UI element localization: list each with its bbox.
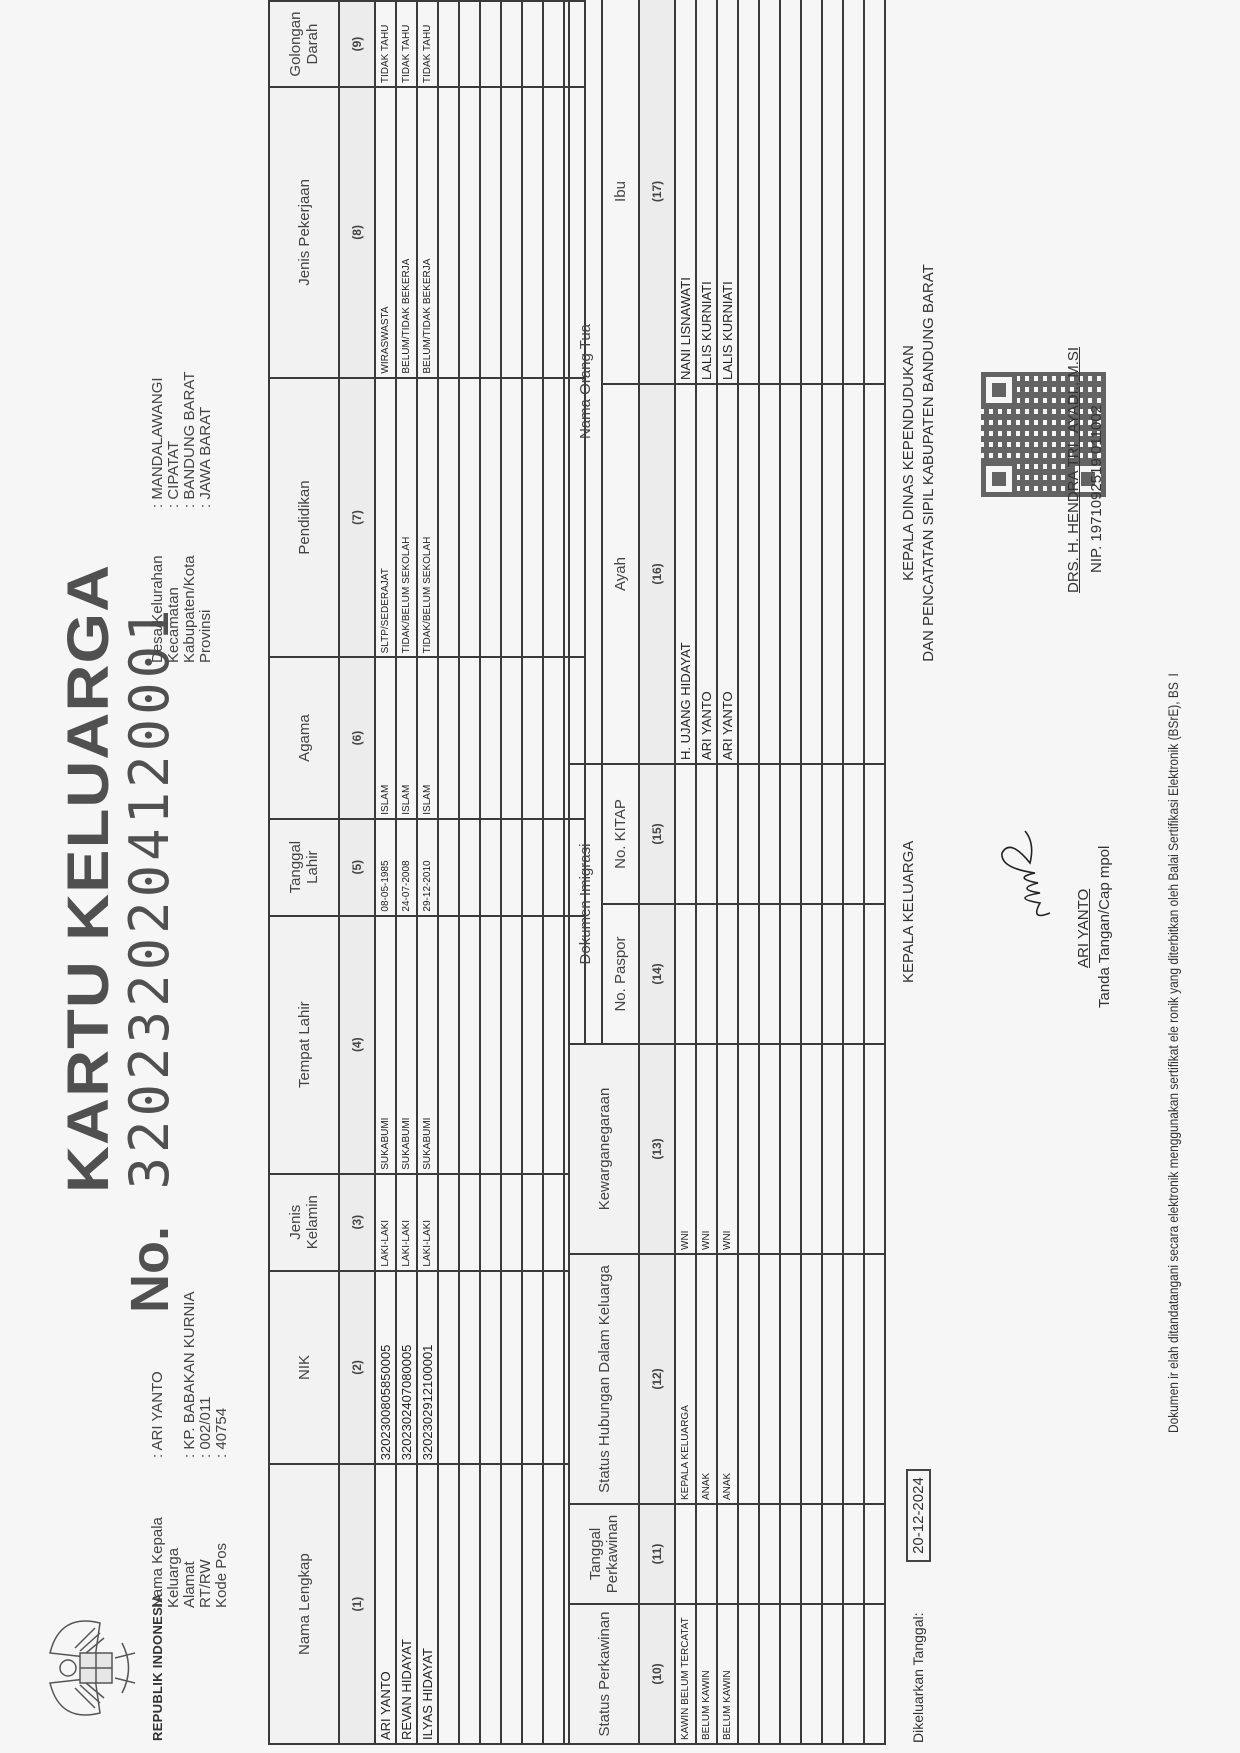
info-label: Kabupaten/Kota (182, 508, 198, 663)
table-cell (801, 1604, 822, 1744)
table-cell (480, 1464, 501, 1744)
column-number: (6) (339, 657, 375, 818)
column-number: (14) (639, 904, 675, 1044)
table-cell (864, 1254, 885, 1504)
table-cell (843, 384, 864, 764)
table-cell (480, 1, 501, 87)
table-cell (480, 1174, 501, 1271)
table-cell (459, 657, 480, 818)
table-cell: KEPALA KELUARGA (675, 1254, 696, 1504)
table-cell (522, 1464, 543, 1744)
table-cell (501, 1464, 522, 1744)
table-cell (780, 764, 801, 904)
table-cell (759, 0, 780, 384)
table-cell: ARI YANTO (696, 384, 717, 764)
column-header: Agama (269, 657, 339, 818)
column-number: (1) (339, 1464, 375, 1744)
table-cell (801, 904, 822, 1044)
column-number: (11) (639, 1504, 675, 1604)
info-value: : JAWA BARAT (198, 407, 214, 508)
country-label: REPUBLIK INDONESIA (150, 1593, 165, 1741)
table-cell (438, 1464, 459, 1744)
info-value: : KP. BABAKAN KURNIA (182, 1292, 198, 1458)
table-cell: ARI YANTO (717, 384, 738, 764)
table-cell (501, 378, 522, 658)
column-header: NIK (269, 1271, 339, 1465)
table-cell (738, 0, 759, 384)
table-cell (822, 1504, 843, 1604)
table-cell (438, 1174, 459, 1271)
table-cell (864, 764, 885, 904)
column-header: Tempat Lahir (269, 916, 339, 1174)
table-cell (543, 1464, 564, 1744)
header-dokumen-imigrasi: Dokumen Imigrasi (569, 764, 602, 1044)
table-cell: LAKI-LAKI (375, 1174, 396, 1271)
table-cell (864, 1504, 885, 1604)
electronic-signature-disclaimer: Dokumen ir elah ditandatangani secara el… (1165, 673, 1181, 1433)
table-row: BELUM KAWINANAKWNIARI YANTOLALIS KURNIAT… (696, 0, 717, 1744)
empty-table-row (480, 1, 501, 1744)
column-header: Nama Lengkap (269, 1464, 339, 1744)
table-cell (543, 1271, 564, 1465)
column-number: (16) (639, 384, 675, 764)
signature-head-icon (990, 823, 1060, 923)
table-cell (717, 1504, 738, 1604)
empty-table-row (459, 1, 480, 1744)
table-cell (438, 916, 459, 1174)
table-cell (675, 904, 696, 1044)
head-caption: Tanda Tangan/Cap mpol (1096, 846, 1113, 1008)
table-cell: NANI LISNAWATI (675, 0, 696, 384)
empty-table-row (801, 0, 822, 1744)
column-header: Golongan Darah (269, 1, 339, 87)
table-cell (822, 1254, 843, 1504)
table-cell (501, 1, 522, 87)
table-cell: TIDAK TAHU (375, 1, 396, 87)
kartu-keluarga-page: REPUBLIK INDONESIA KARTU KELUARGA No. 32… (0, 0, 1240, 1753)
empty-table-row (501, 1, 522, 1744)
table-cell: 08-05-1985 (375, 819, 396, 916)
column-number: (5) (339, 819, 375, 916)
table-cell (780, 384, 801, 764)
table-cell (501, 819, 522, 916)
table-cell (522, 657, 543, 818)
empty-table-row (759, 0, 780, 1744)
info-label: RT/RW (198, 1458, 214, 1608)
table-cell (543, 1, 564, 87)
table-cell (717, 764, 738, 904)
table-cell (843, 0, 864, 384)
table-cell (501, 916, 522, 1174)
table-cell (543, 657, 564, 818)
table-cell: SLTP/SEDERAJAT (375, 378, 396, 658)
table-cell (822, 0, 843, 384)
head-name: ARI YANTO (1075, 889, 1092, 968)
table-cell (780, 904, 801, 1044)
table-cell (717, 904, 738, 1044)
column-header: Pendidikan (269, 378, 339, 658)
table-cell (864, 0, 885, 384)
table-cell (501, 1271, 522, 1465)
table-cell: ISLAM (417, 657, 438, 818)
table-row: REVAN HIDAYAT3202302407080005LAKI-LAKISU… (396, 1, 417, 1744)
table-cell: WIRASWASTA (375, 87, 396, 378)
table-row: ARI YANTO3202300805850005LAKI-LAKISUKABU… (375, 1, 396, 1744)
table-cell (843, 764, 864, 904)
table-cell (522, 916, 543, 1174)
family-members-table: Nama LengkapNIKJenis KelaminTempat Lahir… (268, 0, 586, 1745)
table-cell (780, 1254, 801, 1504)
table-cell (480, 819, 501, 916)
table-cell (543, 819, 564, 916)
empty-table-row (738, 0, 759, 1744)
table-cell: ARI YANTO (375, 1464, 396, 1744)
table-cell: ANAK (717, 1254, 738, 1504)
table-cell (759, 904, 780, 1044)
table-cell (480, 87, 501, 378)
qr-finder-icon (981, 372, 1017, 408)
header-status-perkawinan: Status Perkawinan (569, 1604, 639, 1744)
header-kewarganegaraan: Kewarganegaraan (569, 1044, 639, 1254)
info-value: : 002/011 (198, 1397, 214, 1458)
table-cell (480, 1271, 501, 1465)
column-header: Jenis Pekerjaan (269, 87, 339, 378)
table-cell (459, 1, 480, 87)
table-cell (780, 1504, 801, 1604)
empty-table-row (438, 1, 459, 1744)
table-cell: BELUM KAWIN (696, 1604, 717, 1744)
column-number: (3) (339, 1174, 375, 1271)
info-label: Desa/Kelurahan (150, 508, 166, 663)
table-cell (780, 1604, 801, 1744)
table-cell: 29-12-2010 (417, 819, 438, 916)
table-cell (459, 916, 480, 1174)
table-cell (801, 1504, 822, 1604)
info-label: Provinsi (198, 508, 214, 663)
table-cell (864, 1604, 885, 1744)
table-cell (843, 1044, 864, 1254)
table-cell: SUKABUMI (396, 916, 417, 1174)
table-cell (759, 384, 780, 764)
table-cell (801, 384, 822, 764)
column-number: (15) (639, 764, 675, 904)
table-cell (543, 916, 564, 1174)
column-number: (4) (339, 916, 375, 1174)
table-cell (738, 1254, 759, 1504)
table-cell: TIDAK/BELUM SEKOLAH (417, 378, 438, 658)
table-cell: LAKI-LAKI (396, 1174, 417, 1271)
table-cell (738, 1504, 759, 1604)
table-cell (759, 1254, 780, 1504)
table-cell (522, 1, 543, 87)
info-label: Alamat (182, 1458, 198, 1608)
issued-date-label: Dikeluarkan Tanggal: (910, 1613, 926, 1744)
table-cell (501, 1174, 522, 1271)
table-cell: WNI (696, 1044, 717, 1254)
empty-table-row (843, 0, 864, 1744)
table-cell: BELUM/TIDAK BEKERJA (396, 87, 417, 378)
info-row: Desa/Kelurahan: MANDALAWANGI (150, 372, 166, 663)
header-no-kitap: No. KITAP (602, 764, 639, 904)
table-cell: TIDAK TAHU (396, 1, 417, 87)
table-cell (738, 384, 759, 764)
table-cell (696, 904, 717, 1044)
table-cell (864, 384, 885, 764)
header-ayah: Ayah (602, 384, 639, 764)
table-cell (438, 1, 459, 87)
table-row: BELUM KAWINANAKWNIARI YANTOLALIS KURNIAT… (717, 0, 738, 1744)
column-number: (13) (639, 1044, 675, 1254)
empty-table-row (864, 0, 885, 1744)
info-row: Provinsi: JAWA BARAT (198, 372, 214, 663)
official-nip: NIP. 1971092519 011002 (1088, 405, 1105, 573)
family-status-table: Status Perkawinan Tanggal Perkawinan Sta… (568, 0, 886, 1745)
table-cell: SUKABUMI (375, 916, 396, 1174)
table-cell: SUKABUMI (417, 916, 438, 1174)
table-cell (759, 764, 780, 904)
household-info-right: Desa/Kelurahan: MANDALAWANGI Kecamatan: … (150, 372, 214, 663)
table-cell (822, 1604, 843, 1744)
table-cell: 24-07-2008 (396, 819, 417, 916)
info-value: : 40754 (214, 1408, 230, 1458)
household-info-left: Nama Kepala Keluarga: ARI YANTO Alamat: … (150, 1292, 230, 1608)
table-cell (522, 87, 543, 378)
table-cell (780, 0, 801, 384)
table-cell (780, 1044, 801, 1254)
table-cell: LALIS KURNIATI (717, 0, 738, 384)
table-cell: LALIS KURNIATI (696, 0, 717, 384)
issued-date-block: Dikeluarkan Tanggal: 20-12-2024 (910, 1469, 927, 1743)
header-ibu: Ibu (602, 0, 639, 384)
table-cell (438, 657, 459, 818)
table-cell: ANAK (696, 1254, 717, 1504)
table-cell: WNI (675, 1044, 696, 1254)
table-cell: ILYAS HIDAYAT (417, 1464, 438, 1744)
table-cell (543, 87, 564, 378)
table-cell (738, 904, 759, 1044)
info-row: RT/RW: 002/011 (198, 1292, 214, 1608)
info-label: Kode Pos (214, 1458, 230, 1608)
table-cell (801, 0, 822, 384)
table-cell (738, 764, 759, 904)
info-value: : BANDUNG BARAT (182, 372, 198, 508)
header-status-hubungan: Status Hubungan Dalam Keluarga (569, 1254, 639, 1504)
column-number: (12) (639, 1254, 675, 1504)
empty-table-row (522, 1, 543, 1744)
table-cell (696, 764, 717, 904)
table-cell (438, 819, 459, 916)
table-cell (459, 1464, 480, 1744)
office-title-line1: KEPALA DINAS KEPENDUDUKAN (900, 283, 917, 643)
table-cell: H. UJANG HIDAYAT (675, 384, 696, 764)
info-row: Nama Kepala Keluarga: ARI YANTO (150, 1292, 182, 1608)
column-number: (9) (339, 1, 375, 87)
table-cell (438, 87, 459, 378)
table-cell: LAKI-LAKI (417, 1174, 438, 1271)
table-cell (843, 1254, 864, 1504)
table-cell: TIDAK TAHU (417, 1, 438, 87)
table-cell (459, 1271, 480, 1465)
garuda-emblem-icon (40, 1603, 150, 1733)
table-cell (675, 1504, 696, 1604)
table-cell: 3202302407080005 (396, 1271, 417, 1465)
head-title: KEPALA KELUARGA (900, 841, 917, 983)
table-cell (438, 378, 459, 658)
empty-table-row (780, 0, 801, 1744)
info-row: Kode Pos: 40754 (214, 1292, 230, 1608)
issued-date-value: 20-12-2024 (906, 1469, 931, 1562)
table-cell (480, 657, 501, 818)
info-value: : MANDALAWANGI (150, 377, 166, 508)
info-label: Nama Kepala Keluarga (150, 1458, 182, 1608)
table-cell (801, 1254, 822, 1504)
table-cell (522, 819, 543, 916)
table-cell (759, 1504, 780, 1604)
table-cell: BELUM/TIDAK BEKERJA (417, 87, 438, 378)
header-tanggal-perkawinan: Tanggal Perkawinan (569, 1504, 639, 1604)
info-value: : ARI YANTO (150, 1371, 182, 1458)
column-header: Tanggal Lahir (269, 819, 339, 916)
table-cell: 3202302912100001 (417, 1271, 438, 1465)
table-cell (759, 1044, 780, 1254)
info-label: Kecamatan (166, 508, 182, 663)
table-cell: REVAN HIDAYAT (396, 1464, 417, 1744)
table-number-row: (10)(11)(12)(13)(14)(15)(16)(17) (639, 0, 675, 1744)
table-cell: 3202300805850005 (375, 1271, 396, 1465)
table-cell: BELUM KAWIN (717, 1604, 738, 1744)
table-row: ILYAS HIDAYAT3202302912100001LAKI-LAKISU… (417, 1, 438, 1744)
table-cell: KAWIN BELUM TERCATAT (675, 1604, 696, 1744)
table-cell (459, 819, 480, 916)
table-cell (843, 1504, 864, 1604)
table-cell (675, 764, 696, 904)
table-cell (822, 384, 843, 764)
column-number: (10) (639, 1604, 675, 1744)
kk-number-value: 3202320204120001 (118, 605, 181, 1189)
table-cell (543, 1174, 564, 1271)
table-cell (696, 1504, 717, 1604)
table-cell (459, 1174, 480, 1271)
info-row: Kecamatan: CIPATAT (166, 372, 182, 663)
table-cell: ISLAM (375, 657, 396, 818)
header-no-paspor: No. Paspor (602, 904, 639, 1044)
table-cell (738, 1044, 759, 1254)
table-cell (822, 904, 843, 1044)
table-cell (822, 1044, 843, 1254)
table-cell (480, 378, 501, 658)
table-cell (864, 904, 885, 1044)
table-cell (501, 87, 522, 378)
info-row: Kabupaten/Kota: BANDUNG BARAT (182, 372, 198, 663)
document-title: KARTU KELUARGA (55, 564, 122, 1193)
table-cell (801, 1044, 822, 1254)
official-name: DRS. H. HENDRA TRI AYADI., M.SI (1065, 347, 1082, 593)
table-cell (801, 764, 822, 904)
info-value: : CIPATAT (166, 441, 182, 508)
table-header-row: Nama LengkapNIKJenis KelaminTempat Lahir… (269, 1, 339, 1744)
table-cell (522, 1174, 543, 1271)
kk-number: No. 3202320204120001 (118, 605, 181, 1313)
table-cell (843, 904, 864, 1044)
table-cell (864, 1044, 885, 1254)
table-cell (522, 378, 543, 658)
table-cell (459, 87, 480, 378)
table-cell (480, 916, 501, 1174)
table-cell: ISLAM (396, 657, 417, 818)
table-cell: WNI (717, 1044, 738, 1254)
empty-table-row (543, 1, 564, 1744)
table-cell (501, 657, 522, 818)
table-cell (822, 764, 843, 904)
table-cell: TIDAK/BELUM SEKOLAH (396, 378, 417, 658)
table-cell (843, 1604, 864, 1744)
column-number: (8) (339, 87, 375, 378)
column-number: (17) (639, 0, 675, 384)
table-cell (459, 378, 480, 658)
table-cell (738, 1604, 759, 1744)
column-number: (7) (339, 378, 375, 658)
table-row: KAWIN BELUM TERCATATKEPALA KELUARGAWNIH.… (675, 0, 696, 1744)
table-number-row: (1)(2)(3)(4)(5)(6)(7)(8)(9) (339, 1, 375, 1744)
table-cell (543, 378, 564, 658)
table-cell (438, 1271, 459, 1465)
empty-table-row (822, 0, 843, 1744)
table-header-row: Status Perkawinan Tanggal Perkawinan Sta… (569, 0, 602, 1744)
column-header: Jenis Kelamin (269, 1174, 339, 1271)
table-cell (522, 1271, 543, 1465)
table-cell (759, 1604, 780, 1744)
column-number: (2) (339, 1271, 375, 1465)
office-title-line2: DAN PENCATATAN SIPIL KABUPATEN BANDUNG B… (920, 203, 937, 723)
header-nama-orang-tua: Nama Orang Tua (569, 0, 602, 764)
info-row: Alamat: KP. BABAKAN KURNIA (182, 1292, 198, 1608)
qr-finder-icon (981, 461, 1017, 497)
